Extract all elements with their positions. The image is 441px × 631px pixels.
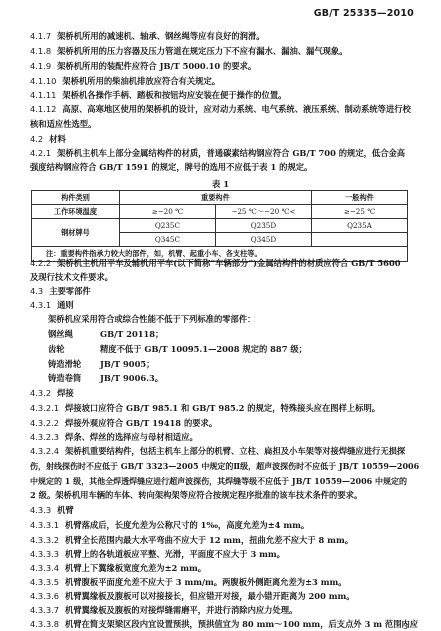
clause-4-2-2: 4.2.2架桥机主机用平车及辅机用平车(以下简称“车辆部分”)金属结构件的材质应… [30,258,401,269]
clause-4-1-10: 4.1.10架桥机所用的柴油机排放应符合有关规定。 [30,76,220,87]
clause-4-3-2-2: 4.3.2.2焊接外观应符合 GB/T 19418 的要求。 [30,418,217,429]
clause-4-3-2-4-cont-2: 中规定的 1 级，其他全焊透焊缝应进行超声波探伤，其焊缝等级不应低于 JB/T … [30,476,407,487]
header-general-components: 一般构件 [311,191,407,205]
clause-4-3-3-1: 4.3.3.1机臂落成后，长度允差为公称尺寸的 1‰，高度允差为±4 mm。 [30,520,309,531]
table-cell: Q235A [311,219,407,233]
header-important-components: 重要构件 [119,191,311,205]
clause-4-2-1-cont: 强度结构钢应符合 GB/T 1591 的规定，牌号的选用不应低于表 1 的规定。 [30,162,312,173]
clause-4-2-2-cont: 及现行技术文件要求。 [30,272,113,283]
table-row-temperature: 工作环境温度 ≥−20 ℃ −25 ℃～−20 ℃< ≥−25 ℃ [32,205,408,219]
table-cell: ≥−20 ℃ [119,205,215,219]
clause-4-3-2-4-cont-1: 伤，射线探伤时不应低于 GB/T 3323—2005 中规定的Ⅱ级，超声波探伤时… [30,461,419,472]
table-cell: −25 ℃～−20 ℃< [215,205,311,219]
steel-grade-label: 钢材牌号 [32,219,120,247]
clause-4-3-3-4: 4.3.3.4机臂上下翼缘板宽度允差为±2 mm。 [30,563,206,574]
table-row-grade-1: 钢材牌号 Q235C Q235D Q235A [32,219,408,233]
table-cell [311,233,407,247]
clause-4-1-12-cont: 核和适应性选型。 [30,119,96,130]
clause-4-1-11: 4.1.11架桥机各操作手柄、踏板和按钮均应安装在便于操作的位置。 [30,90,286,101]
section-4-2-title: 4.2材料 [30,134,66,145]
clause-4-3-3-7: 4.3.3.7机臂翼缘板及腹板的对接焊缝需磨平，并进行消除内应力处理。 [30,605,297,616]
clause-4-3-3-title: 4.3.3机臂 [30,505,74,516]
clause-4-3-3-3: 4.3.3.3机臂上的各轨道板应平整、光滑，平面度不应大于 3 mm。 [30,549,285,560]
table-cell: Q345D [215,233,311,247]
clause-4-3-2-3: 4.3.2.3焊条、焊丝的选择应与母材相适应。 [30,432,198,443]
table-cell: ≥−25 ℃ [311,205,407,219]
table-header-row: 构件类别 重要构件 一般构件 [32,191,408,205]
clause-4-3-2-4: 4.3.2.4架桥机重要结构件，包括主机车上部分的机臂、立柱、扁担及小车架等对接… [30,446,405,457]
standard-code-header: GB/T 25335—2010 [314,8,414,19]
clause-4-3-3-6: 4.3.3.6机臂翼缘板及腹板可以对接接长，但应错开对接，最小错开距离为 200… [30,591,355,602]
clause-4-3-2-1: 4.3.2.1焊接坡口应符合 GB/T 985.1 和 GB/T 985.2 的… [30,403,380,414]
header-component-category: 构件类别 [32,191,120,205]
clause-4-3-3-8: 4.3.3.8机臂在简支架梁区段内宜设置预拱，预拱值宜为 80 mm～100 m… [30,619,418,630]
general-intro: 架桥机应采用符合或综合性能不低于下列标准的零部件： [48,314,255,325]
material-table: 构件类别 重要构件 一般构件 工作环境温度 ≥−20 ℃ −25 ℃～−20 ℃… [31,190,408,262]
clause-4-3-1-title: 4.3.1通则 [30,300,74,311]
table-caption: 表 1 [0,178,441,190]
section-4-3-title: 4.3主要零部件 [30,286,91,297]
clause-4-1-12: 4.1.12高原、高寒地区使用的架桥机的设计，应对动力系统、电气系统、液压系统、… [30,104,411,115]
part-gear: 齿轮精度不低于 GB/T 10095.1—2008 规定的 887 级； [48,344,307,355]
clause-4-3-2-title: 4.3.2焊接 [30,388,74,399]
table-cell: Q345C [119,233,215,247]
table-cell: Q235D [215,219,311,233]
clause-4-1-7: 4.1.7架桥机所用的减速机、轴承、钢丝绳等应有良好的润滑。 [30,31,265,42]
clause-4-2-1: 4.2.1架桥机主机车上部分金属结构件的材质，普通碳素结构钢应符合 GB/T 7… [30,148,405,159]
table-cell: Q235C [119,219,215,233]
part-wire-rope: 钢丝绳GB/T 20118； [48,329,163,340]
temperature-label: 工作环境温度 [32,205,120,219]
clause-4-3-3-5: 4.3.3.5机臂腹板平面度允差不应大于 3 mm/m。两腹板外侧距离允差为±3… [30,577,347,588]
part-cast-pulley: 铸造滑轮JB/T 9005； [48,359,154,370]
clause-4-1-8: 4.1.8架桥机所用的压力容器及压力管道在规定压力下不应有漏水、漏油、漏气现象。 [30,46,348,57]
page-number: 3 [403,622,408,631]
clause-4-3-2-4-cont-3: 2 级。架桥机用车辆的车体、转向架构架等应符合按规定程序批准的该车技术条件的要求… [30,490,362,501]
part-cast-drum: 铸造卷筒JB/T 9006.3。 [48,373,163,384]
clause-4-3-3-2: 4.3.3.2机臂全长范围内最大水平弯曲不应大于 12 mm，扭曲允差不应大于 … [30,535,353,546]
clause-4-1-9: 4.1.9架桥机所用的装配件应符合 JB/T 5000.10 的要求。 [30,61,256,72]
